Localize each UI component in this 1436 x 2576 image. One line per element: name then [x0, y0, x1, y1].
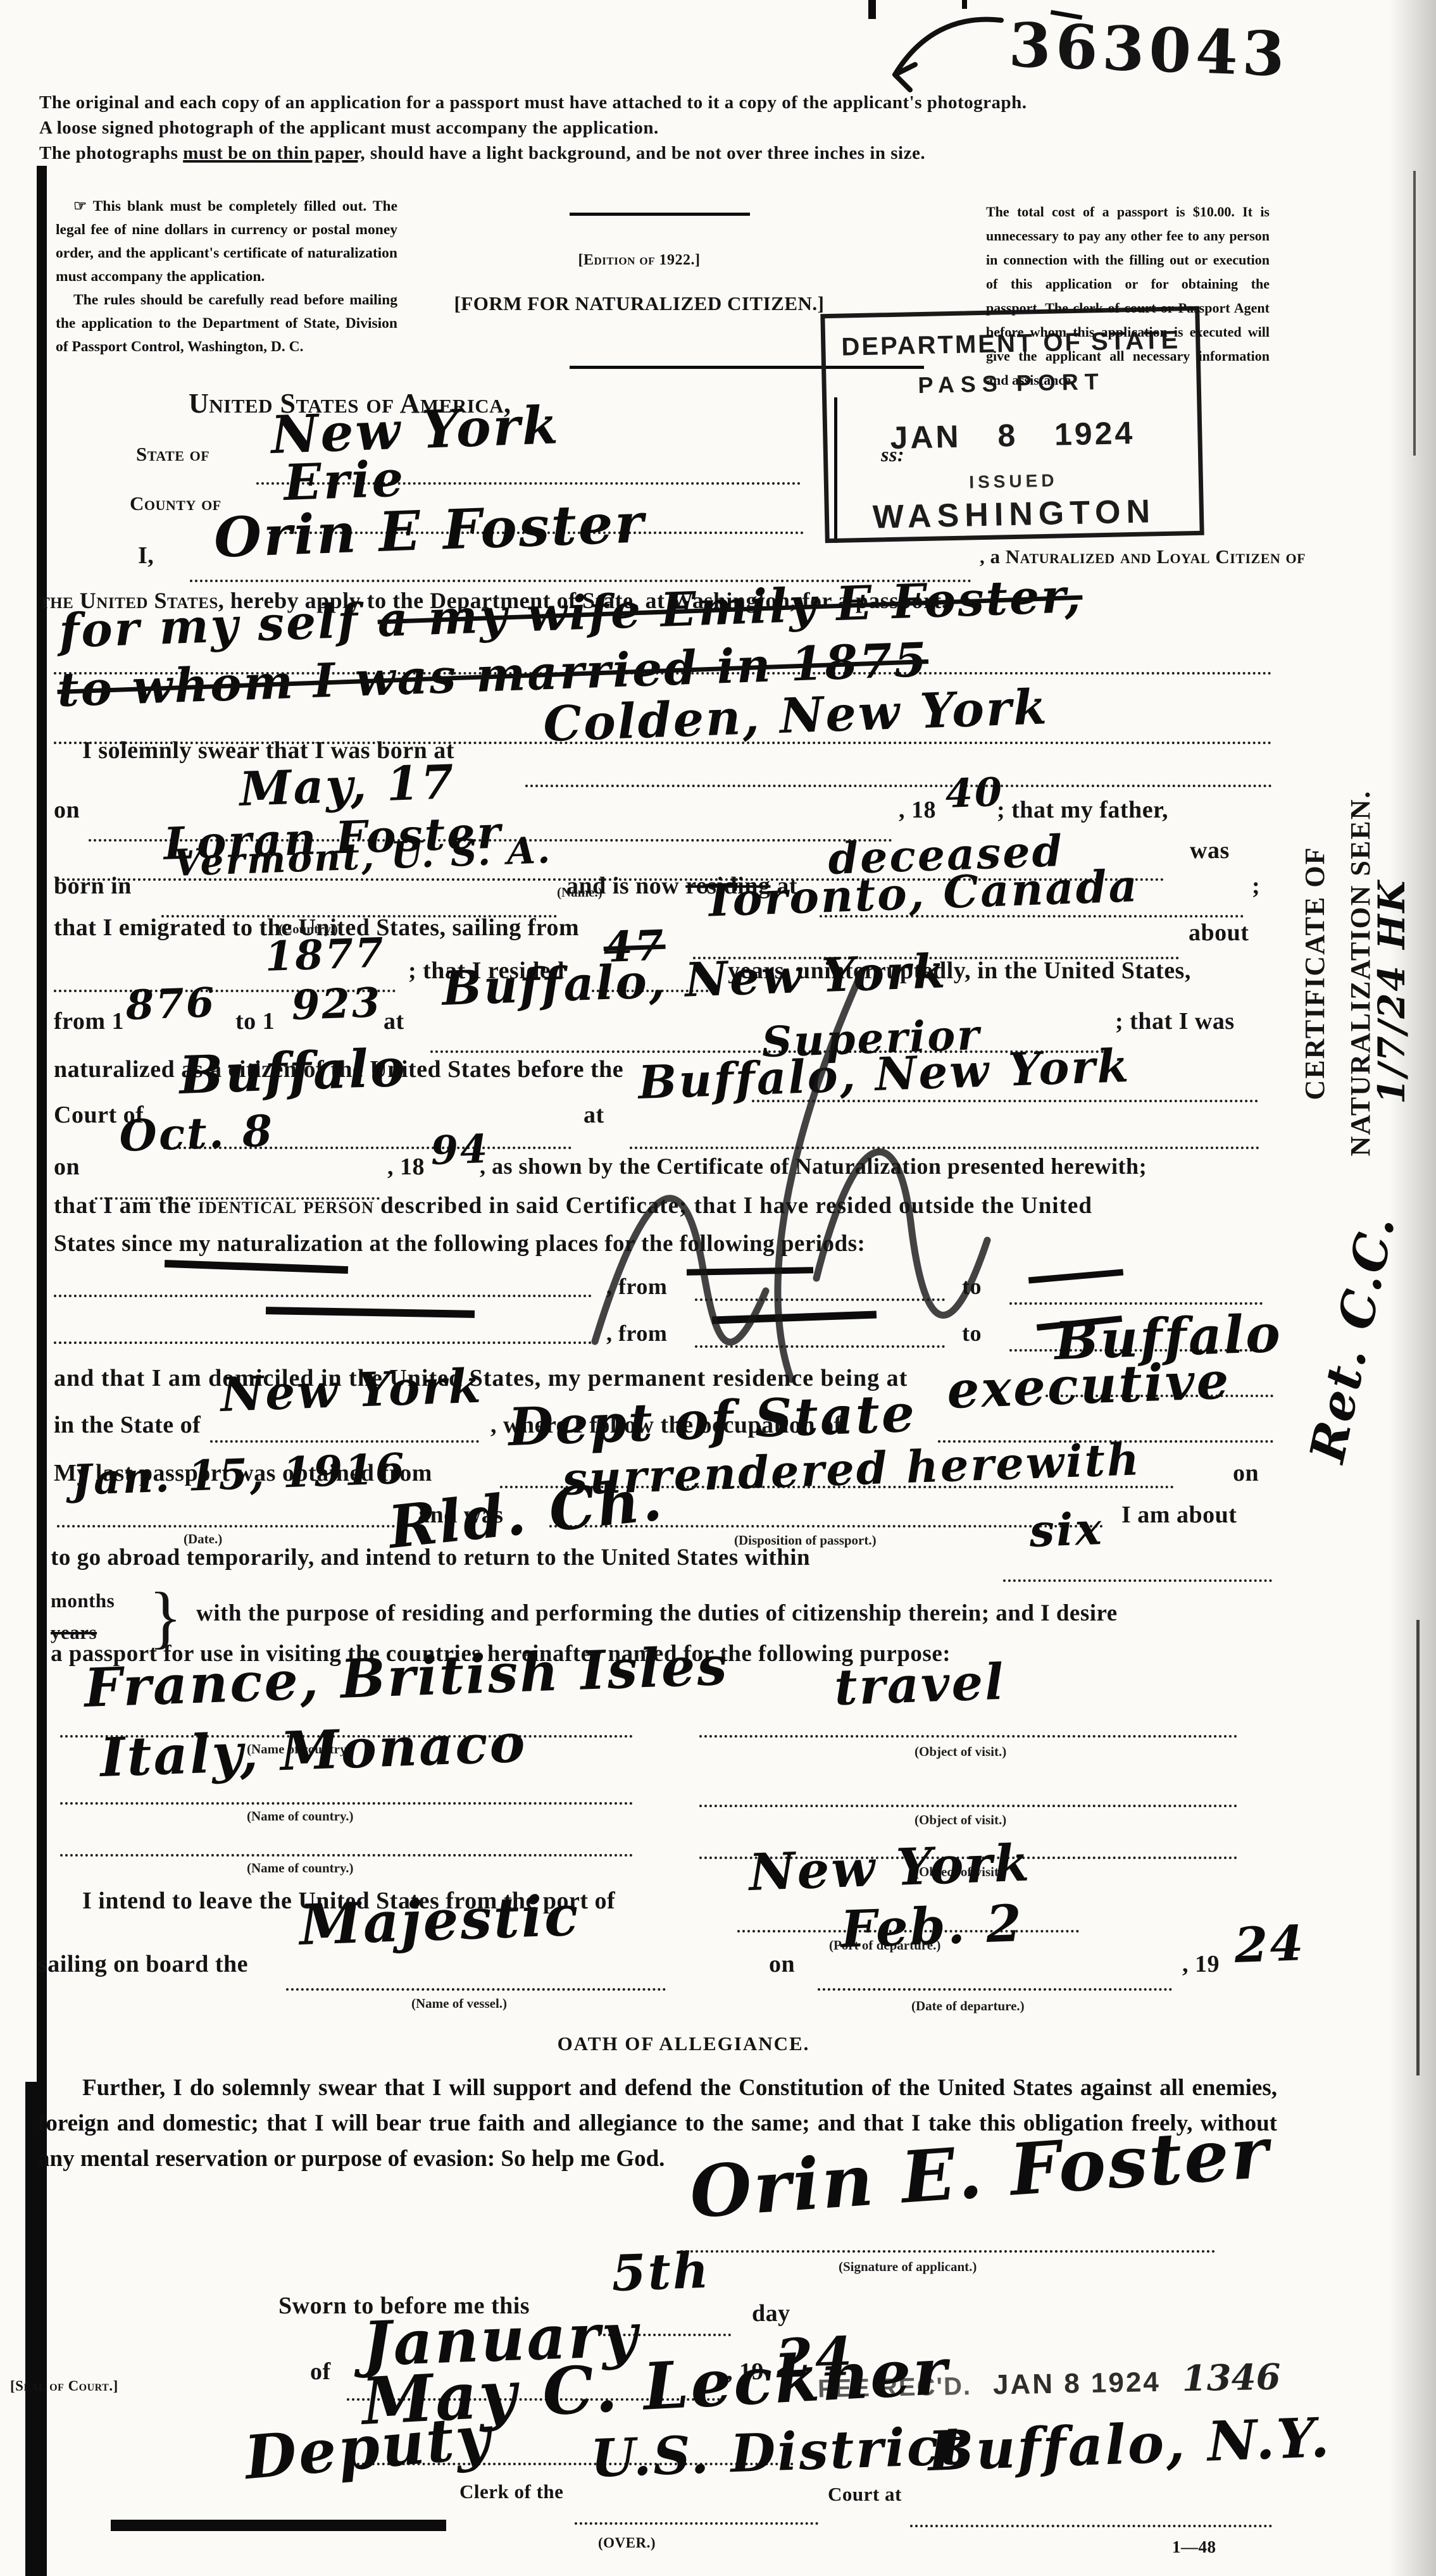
- applicant-name: Orin E Foster: [213, 491, 646, 570]
- i-label: I,: [138, 542, 154, 569]
- country-row2-line: [60, 1802, 633, 1805]
- court-name: Buffalo: [178, 1038, 408, 1106]
- day-label: day: [752, 2299, 790, 2327]
- depart-date: Feb. 2: [840, 1893, 1025, 1959]
- object-row2-line: [699, 1805, 1237, 1807]
- photo-notice-line3-pre: The photographs: [39, 143, 183, 163]
- object-row1-caption: (Object of visit.): [915, 1744, 1006, 1760]
- object-row1: travel: [834, 1653, 1006, 1717]
- stamp-place: WASHINGTON: [828, 492, 1199, 537]
- scan-edge-right: [1389, 0, 1436, 2576]
- depart-date-caption: (Date of departure.): [911, 1998, 1025, 2014]
- margin-cert-line1: CERTIFICATE OF: [1292, 695, 1338, 1252]
- fee-date: JAN 8 1924: [993, 2367, 1161, 2401]
- left-notice: ☞ This blank must be completely filled o…: [56, 195, 397, 359]
- stamp-date: JAN 8 1924: [827, 413, 1198, 457]
- arrow-icon: [881, 11, 1014, 100]
- residence-at-label: at: [384, 1007, 404, 1035]
- scan-streak-right-1: [1413, 171, 1416, 456]
- purpose-line: with the purpose of residing and perform…: [196, 1600, 1118, 1627]
- court-kind-value: U.S. District: [590, 2415, 967, 2489]
- about-label: about: [1189, 919, 1249, 947]
- left-notice-para2: The rules should be carefully read befor…: [56, 289, 397, 359]
- now-pre: and is now: [566, 873, 685, 899]
- of-label: of: [310, 2358, 331, 2386]
- state2-line: [210, 1440, 479, 1443]
- birth-year: 40: [944, 769, 1004, 817]
- photo-notice-line1: The original and each copy of an applica…: [39, 92, 1027, 113]
- sworn-day: 5th: [611, 2242, 711, 2303]
- was-label: was: [1190, 837, 1230, 864]
- identical-sc: identical person: [198, 1193, 374, 1219]
- passport-date-line: [57, 1525, 405, 1528]
- signature-line: [680, 2250, 1215, 2253]
- passport-date: Jan. 15, 1916: [71, 1444, 407, 1505]
- court-place-value: Buffalo, N.Y.: [927, 2406, 1332, 2484]
- vessel-caption: (Name of vessel.): [411, 1996, 507, 2012]
- duration-line: [1003, 1579, 1272, 1582]
- object-row2-caption: (Object of visit.): [915, 1812, 1006, 1828]
- occupation-value: executive: [946, 1350, 1232, 1420]
- on-label: on: [54, 796, 80, 824]
- photo-notice-line3-post: should have a light background, and be n…: [365, 143, 925, 163]
- signature-caption: (Signature of applicant.): [839, 2259, 977, 2275]
- i-am-about: I am about: [1121, 1501, 1237, 1529]
- scan-streak-right-2: [1416, 1620, 1420, 2075]
- months-label: months: [51, 1590, 115, 1612]
- to-year: 923: [290, 979, 382, 1030]
- object-row1-line: [699, 1735, 1237, 1738]
- state2-value: New York: [220, 1359, 484, 1422]
- father-suffix: ; that my father,: [997, 796, 1168, 824]
- edition-label: [Edition of 1922.]: [500, 252, 778, 269]
- court-kind-line2: [575, 2522, 818, 2525]
- left-notice-para1: ☞ This blank must be completely filled o…: [56, 195, 397, 289]
- port-value: New York: [748, 1832, 1032, 1902]
- duration-value: six: [1028, 1502, 1104, 1557]
- identical-pre: that I am the: [54, 1193, 198, 1219]
- state2-label: in the State of: [54, 1411, 201, 1439]
- country-row3-line: [60, 1854, 633, 1857]
- birth-date: May, 17: [239, 755, 456, 817]
- serial-number: 363043: [1008, 9, 1290, 90]
- nat-on-label: on: [54, 1153, 80, 1181]
- photo-notice-line3-underlined: must be on thin paper,: [183, 143, 365, 163]
- oath-title: OATH OF ALLEGIANCE.: [506, 2032, 861, 2055]
- passport-application-scan: 363043 The original and each copy of an …: [0, 0, 1436, 2576]
- right-notice: The total cost of a passport is $10.00. …: [986, 200, 1270, 392]
- center-rule-top: [570, 213, 750, 216]
- pen-dash-4: [266, 1307, 475, 1318]
- depart-year: 24: [1233, 1915, 1306, 1974]
- residence-semicolon: ;: [1252, 872, 1260, 900]
- margin-date-note: 1/7/24 HK: [1370, 879, 1413, 1104]
- born-in-label: born in: [54, 872, 132, 900]
- citizen-pre: , a: [980, 545, 1006, 568]
- court-place-line2: [910, 2525, 1272, 2527]
- fee-number: 1346: [1182, 2356, 1281, 2400]
- clerk-of-label: Clerk of the: [459, 2480, 563, 2503]
- court-at-label2: Court at: [828, 2483, 902, 2506]
- country-row2-caption: (Name of country.): [247, 1808, 354, 1824]
- over-caption: (OVER.): [598, 2535, 656, 2551]
- sailing-label: sailing on board the: [38, 1950, 248, 1978]
- birthplace-line: [525, 785, 1272, 787]
- scan-mark-top-1: [868, 0, 876, 19]
- nat-date: Oct. 8: [118, 1106, 275, 1162]
- photo-notice-line2: A loose signed photograph of the applica…: [39, 118, 659, 139]
- vessel-value: Majestic: [298, 1882, 581, 1958]
- stamp-issued: ISSUED: [828, 468, 1199, 495]
- country-row2: Italy, Monaco: [99, 1712, 528, 1789]
- from-year-pre: from 1: [54, 1007, 124, 1035]
- vessel-line: [286, 1988, 666, 1991]
- period-row2-line1: [54, 1341, 592, 1344]
- form-type-label: [FORM FOR NATURALIZED CITIZEN.]: [415, 292, 864, 315]
- citizen-sc: Naturalized and Loyal Citizen of: [1006, 545, 1306, 568]
- redaction-bar: [111, 2520, 446, 2531]
- nat-year-pre: , 18: [387, 1153, 425, 1181]
- passport-on-label: on: [1233, 1459, 1259, 1487]
- period-row1-line1: [54, 1295, 592, 1297]
- state-label: State of: [136, 443, 209, 466]
- country-row3-caption: (Name of country.): [247, 1860, 354, 1876]
- to-year-pre: to 1: [235, 1007, 275, 1035]
- county-label: County of: [130, 492, 222, 515]
- deputy-note: Deputy: [242, 2402, 495, 2493]
- pen-dash-1: [165, 1260, 348, 1274]
- emigration-year: 1877: [264, 929, 386, 981]
- depart-year-pre: , 19: [1182, 1950, 1220, 1978]
- that-i-was: ; that I was: [1115, 1007, 1235, 1035]
- photo-notice-line3: The photographs must be on thin paper, s…: [39, 143, 925, 164]
- seal-caption: [Seal of Court.]: [10, 2378, 118, 2394]
- depart-date-line: [818, 1988, 1172, 1991]
- citizen-clause: , a Naturalized and Loyal Citizen of: [980, 545, 1306, 568]
- form-number: 1—48: [1172, 2537, 1216, 2557]
- birth-year-pre: , 18: [899, 796, 936, 824]
- addendum-keep: for my self: [58, 593, 378, 659]
- from-year: 876: [125, 979, 216, 1030]
- scan-mark-top-2: [962, 0, 967, 9]
- depart-on-label: on: [769, 1950, 795, 1978]
